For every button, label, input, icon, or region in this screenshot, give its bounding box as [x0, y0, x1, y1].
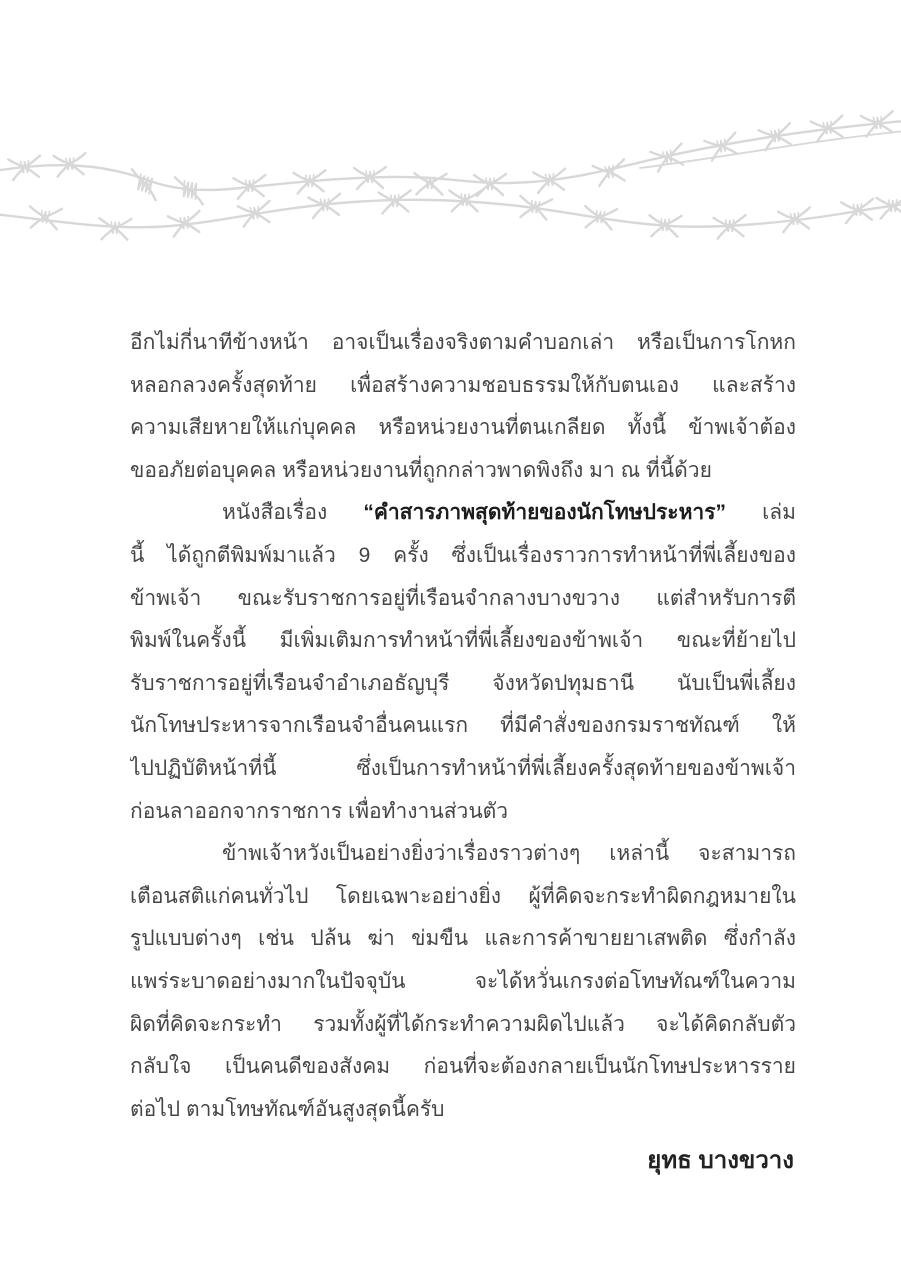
- text-segment: กลับใจ เป็นคนดีของสังคม ก่อนที่จะต้องกลา…: [130, 1055, 796, 1078]
- text-line: ไปปฏิบัติหน้าที่นี้ ซึ่งเป็นการทำหน้าที่…: [130, 748, 796, 791]
- text-segment: ก่อนลาออกจากราชการ เพื่อทำงานส่วนตัว: [130, 800, 508, 823]
- text-segment: อีกไม่กี่นาทีข้างหน้า อาจเป็นเรื่องจริงต…: [130, 331, 796, 354]
- text-segment: ผิดที่คิดจะกระทำ รวมทั้งผู้ที่ได้กระทำคว…: [130, 1013, 796, 1036]
- text-line: อีกไม่กี่นาทีข้างหน้า อาจเป็นเรื่องจริงต…: [130, 322, 796, 365]
- text-segment: เล่ม: [726, 501, 796, 524]
- text-line: แพร่ระบาดอย่างมากในปัจจุบัน จะได้หวั่นเก…: [130, 961, 796, 1004]
- text-line: ก่อนลาออกจากราชการ เพื่อทำงานส่วนตัว: [130, 791, 796, 834]
- text-segment: พิมพ์ในครั้งนี้ มีเพิ่มเติมการทำหน้าที่พ…: [130, 629, 796, 652]
- book-page: อีกไม่กี่นาทีข้างหน้า อาจเป็นเรื่องจริงต…: [0, 0, 901, 1277]
- text-segment: เตือนสติแก่คนทั่วไป โดยเฉพาะอย่างยิ่ง ผู…: [130, 885, 796, 908]
- text-line: พิมพ์ในครั้งนี้ มีเพิ่มเติมการทำหน้าที่พ…: [130, 620, 796, 663]
- text-segment: นักโทษประหารจากเรือนจำอื่นคนแรก ที่มีคำส…: [130, 714, 796, 737]
- text-segment: ข้าพเจ้าหวังเป็นอย่างยิ่งว่าเรื่องราวต่า…: [222, 842, 796, 865]
- text-segment: ความเสียหายให้แก่บุคคล หรือหน่วยงานที่ตน…: [130, 416, 796, 439]
- text-line: ข้าพเจ้า ขณะรับราชการอยู่ที่เรือนจำกลางบ…: [130, 578, 796, 621]
- text-segment: ต่อไป ตามโทษทัณฑ์อันสูงสุดนี้ครับ: [130, 1098, 444, 1121]
- barbed-wire-graphic: [0, 0, 901, 250]
- preface-body: อีกไม่กี่นาทีข้างหน้า อาจเป็นเรื่องจริงต…: [130, 322, 796, 1181]
- text-line: เตือนสติแก่คนทั่วไป โดยเฉพาะอย่างยิ่ง ผู…: [130, 876, 796, 919]
- text-line: ต่อไป ตามโทษทัณฑ์อันสูงสุดนี้ครับ: [130, 1089, 796, 1132]
- text-segment: ข้าพเจ้า ขณะรับราชการอยู่ที่เรือนจำกลางบ…: [130, 587, 796, 610]
- text-segment: หนังสือเรื่อง: [222, 501, 363, 524]
- text-line: หนังสือเรื่อง “คำสารภาพสุดท้ายของนักโทษป…: [130, 492, 796, 535]
- text-segment: ไปปฏิบัติหน้าที่นี้ ซึ่งเป็นการทำหน้าที่…: [130, 757, 796, 780]
- text-line: ข้าพเจ้าหวังเป็นอย่างยิ่งว่าเรื่องราวต่า…: [130, 833, 796, 876]
- text-line: ขออภัยต่อบุคคล หรือหน่วยงานที่ถูกกล่าวพา…: [130, 450, 796, 493]
- text-line: นักโทษประหารจากเรือนจำอื่นคนแรก ที่มีคำส…: [130, 705, 796, 748]
- author-signature: ยุทธ บางขวาง: [130, 1141, 796, 1181]
- text-segment: ขออภัยต่อบุคคล หรือหน่วยงานที่ถูกกล่าวพา…: [130, 459, 712, 482]
- text-segment: หลอกลวงครั้งสุดท้าย เพื่อสร้างความชอบธรร…: [130, 374, 796, 397]
- text-segment: รูปแบบต่างๆ เช่น ปล้น ฆ่า ข่มขืน และการค…: [130, 927, 796, 950]
- text-line: กลับใจ เป็นคนดีของสังคม ก่อนที่จะต้องกลา…: [130, 1046, 796, 1089]
- text-line: ผิดที่คิดจะกระทำ รวมทั้งผู้ที่ได้กระทำคว…: [130, 1004, 796, 1047]
- text-line: รูปแบบต่างๆ เช่น ปล้น ฆ่า ข่มขืน และการค…: [130, 918, 796, 961]
- text-line: หลอกลวงครั้งสุดท้าย เพื่อสร้างความชอบธรร…: [130, 365, 796, 408]
- book-title: “คำสารภาพสุดท้ายของนักโทษประหาร”: [363, 501, 726, 524]
- text-segment: รับราชการอยู่ที่เรือนจำอำเภอธัญบุรี จังห…: [130, 672, 796, 695]
- text-line: นี้ ได้ถูกตีพิมพ์มาแล้ว 9 ครั้ง ซึ่งเป็น…: [130, 535, 796, 578]
- text-line: รับราชการอยู่ที่เรือนจำอำเภอธัญบุรี จังห…: [130, 663, 796, 706]
- text-segment: แพร่ระบาดอย่างมากในปัจจุบัน จะได้หวั่นเก…: [130, 970, 796, 993]
- text-segment: นี้ ได้ถูกตีพิมพ์มาแล้ว 9 ครั้ง ซึ่งเป็น…: [130, 544, 796, 567]
- text-line: ความเสียหายให้แก่บุคคล หรือหน่วยงานที่ตน…: [130, 407, 796, 450]
- preface-text: อีกไม่กี่นาทีข้างหน้า อาจเป็นเรื่องจริงต…: [130, 322, 796, 1131]
